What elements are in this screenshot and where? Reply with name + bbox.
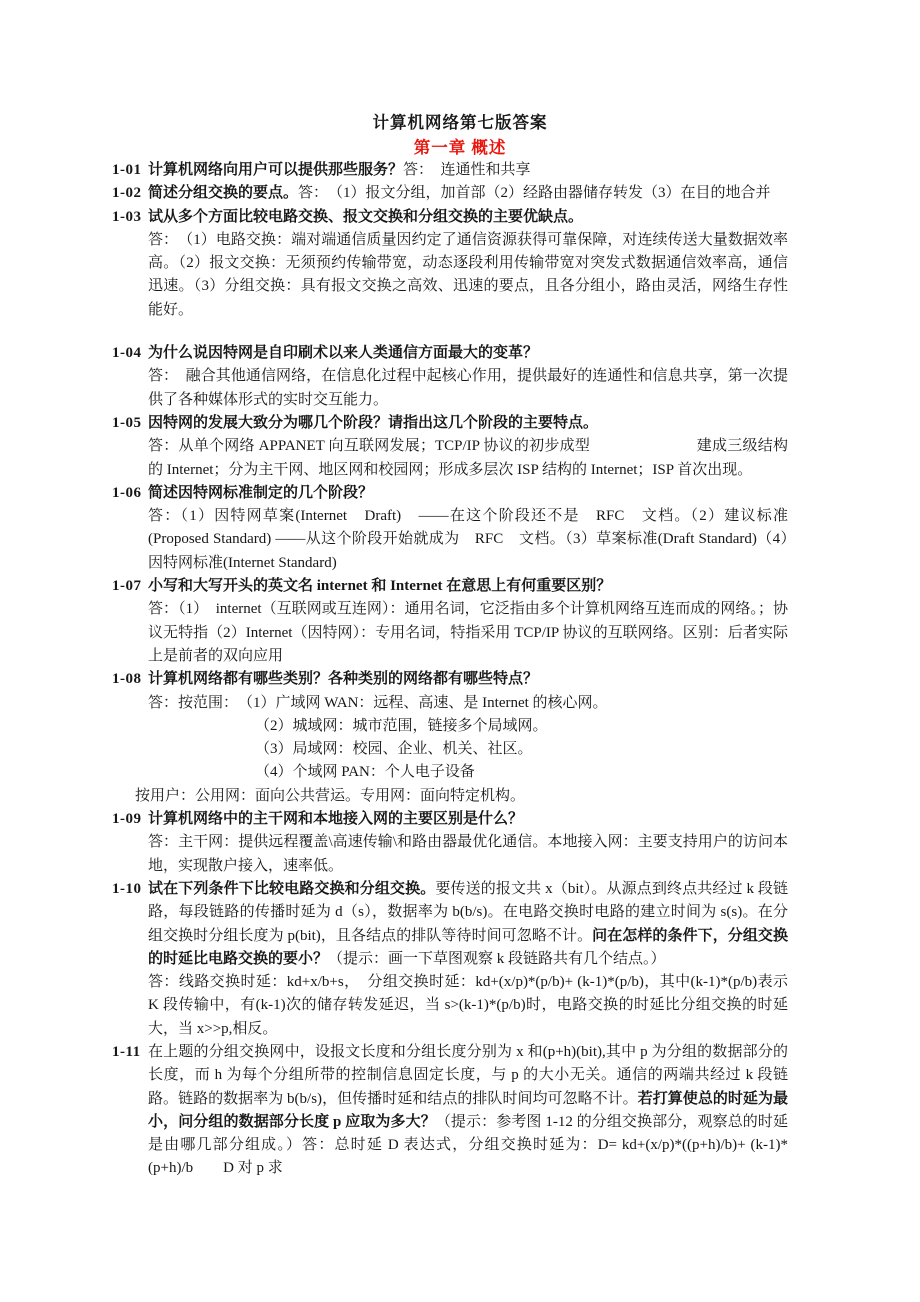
question-paragraph: 为什么说因特网是自印刷术以来人类通信方面最大的变革？ (148, 342, 788, 365)
qa-item: 1-08计算机网络都有哪些类别？各种类别的网络都有哪些特点？答：按范围： （1）… (112, 668, 788, 808)
answer-paragraph: （2）城域网：城市范围，链接多个局域网。 (148, 715, 788, 738)
question-paragraph: 因特网的发展大致分为哪几个阶段？请指出这几个阶段的主要特点。 (148, 412, 788, 435)
answer-paragraph: 答：从单个网络 APPANET 向互联网发展；TCP/IP 协议的初步成型 建成… (148, 435, 788, 482)
text-run: 答：线路交换时延：kd+x/b+s， 分组交换时延：kd+(x/p)*(p/b)… (148, 974, 788, 1037)
question-paragraph: 小写和大写开头的英文名 internet 和 Internet 在意思上有何重要… (148, 575, 788, 598)
question-number: 1-05 (112, 412, 142, 435)
answer-paragraph: （3）局域网：校园、企业、机关、社区。 (148, 738, 788, 761)
question-paragraph: 试在下列条件下比较电路交换和分组交换。要传送的报文共 x（bit）。从源点到终点… (148, 878, 788, 971)
answer-paragraph: 按用户：公用网：面向公共营运。专用网：面向特定机构。 (135, 785, 788, 808)
answer-paragraph: （4）个域网 PAN：个人电子设备 (148, 761, 788, 784)
bold-text-run: 试从多个方面比较电路交换、报文交换和分组交换的主要优缺点。 (148, 209, 583, 225)
question-number: 1-04 (112, 342, 142, 365)
bold-text-run: 计算机网络都有哪些类别？各种类别的网络都有哪些特点？ (148, 671, 538, 687)
question-number: 1-01 (112, 159, 142, 182)
question-paragraph: 试从多个方面比较电路交换、报文交换和分组交换的主要优缺点。 (148, 206, 788, 229)
question-number: 1-03 (112, 206, 142, 229)
qa-item: 1-09计算机网络中的主干网和本地接入网的主要区别是什么？答：主干网：提供远程覆… (112, 808, 788, 878)
question-number: 1-10 (112, 878, 142, 901)
question-number: 1-09 (112, 808, 142, 831)
question-number: 1-07 (112, 575, 142, 598)
text-run: 答： 连通性和共享 (403, 162, 531, 178)
answer-paragraph: 答：（1）因特网草案(Internet Draft) ——在这个阶段还不是 RF… (148, 505, 788, 575)
qa-item: 1-10试在下列条件下比较电路交换和分组交换。要传送的报文共 x（bit）。从源… (112, 878, 788, 1041)
bold-text-run: 简述因特网标准制定的几个阶段？ (148, 485, 373, 501)
question-number: 1-08 (112, 668, 142, 691)
answer-paragraph: 答：按范围： （1）广域网 WAN：远程、高速、是 Internet 的核心网。 (148, 692, 788, 715)
text-run: 答：从单个网络 APPANET 向互联网发展；TCP/IP 协议的初步成型 建成… (148, 438, 788, 477)
bold-text-run: 试在下列条件下比较电路交换和分组交换。 (148, 881, 435, 897)
document-header: 计算机网络第七版答案 第一章 概述 (0, 0, 920, 160)
question-paragraph: 计算机网络都有哪些类别？各种类别的网络都有哪些特点？ (148, 668, 788, 691)
qa-item: 1-04为什么说因特网是自印刷术以来人类通信方面最大的变革？答： 融合其他通信网… (112, 342, 788, 412)
text-run: （3）局域网：校园、企业、机关、社区。 (255, 741, 533, 757)
text-run: 答： （1）报文分组，加首部（2）经路由器储存转发（3）在目的地合并 (298, 185, 771, 201)
text-run: 答：（1） internet（互联网或互连网）：通用名词，它泛指由多个计算机网络… (148, 601, 788, 664)
question-paragraph: 简述分组交换的要点。答： （1）报文分组，加首部（2）经路由器储存转发（3）在目… (148, 182, 788, 205)
qa-item: 1-05因特网的发展大致分为哪几个阶段？请指出这几个阶段的主要特点。答：从单个网… (112, 412, 788, 482)
text-run: 答： 融合其他通信网络，在信息化过程中起核心作用，提供最好的连通性和信息共享，第… (148, 368, 788, 407)
text-run: 答：（1）因特网草案(Internet Draft) ——在这个阶段还不是 RF… (148, 508, 803, 571)
qa-item: 1-01计算机网络向用户可以提供那些服务？答： 连通性和共享 (112, 159, 788, 182)
text-run: （4）个域网 PAN：个人电子设备 (255, 764, 475, 780)
answer-paragraph: 答： 融合其他通信网络，在信息化过程中起核心作用，提供最好的连通性和信息共享，第… (148, 365, 788, 412)
question-paragraph: 简述因特网标准制定的几个阶段？ (148, 482, 788, 505)
question-number: 1-06 (112, 482, 142, 505)
question-paragraph: 计算机网络向用户可以提供那些服务？答： 连通性和共享 (148, 159, 788, 182)
bold-text-run: 为什么说因特网是自印刷术以来人类通信方面最大的变革？ (148, 345, 538, 361)
bold-text-run: 小写和大写开头的英文名 internet 和 Internet 在意思上有何重要… (148, 578, 611, 594)
qa-item: 1-11在上题的分组交换网中，设报文长度和分组长度分别为 x 和(p+h)(bi… (112, 1041, 788, 1181)
qa-item: 1-03试从多个方面比较电路交换、报文交换和分组交换的主要优缺点。答： （1）电… (112, 206, 788, 322)
question-paragraph: 在上题的分组交换网中，设报文长度和分组长度分别为 x 和(p+h)(bit),其… (148, 1041, 788, 1181)
chapter-heading: 第一章 概述 (0, 135, 920, 160)
bold-text-run: 因特网的发展大致分为哪几个阶段？请指出这几个阶段的主要特点。 (148, 415, 598, 431)
answer-paragraph: 答：（1） internet（互联网或互连网）：通用名词，它泛指由多个计算机网络… (148, 598, 788, 668)
text-run: 答：主干网：提供远程覆盖\高速传输\和路由器最优化通信。本地接入网：主要支持用户… (148, 834, 788, 873)
qa-item: 1-02简述分组交换的要点。答： （1）报文分组，加首部（2）经路由器储存转发（… (112, 182, 788, 205)
bold-text-run: 简述分组交换的要点。 (148, 185, 298, 201)
question-paragraph: 计算机网络中的主干网和本地接入网的主要区别是什么？ (148, 808, 788, 831)
document-page: 计算机网络第七版答案 第一章 概述 1-01计算机网络向用户可以提供那些服务？答… (0, 0, 920, 1302)
answer-paragraph: 答：主干网：提供远程覆盖\高速传输\和路由器最优化通信。本地接入网：主要支持用户… (148, 831, 788, 878)
qa-list: 1-01计算机网络向用户可以提供那些服务？答： 连通性和共享1-02简述分组交换… (112, 159, 788, 1181)
bold-text-run: 计算机网络向用户可以提供那些服务？ (148, 162, 403, 178)
text-run: （提示：画一下草图观察 k 段链路共有几个结点。） (328, 951, 666, 967)
answer-paragraph: 答：线路交换时延：kd+x/b+s， 分组交换时延：kd+(x/p)*(p/b)… (148, 971, 788, 1041)
answer-paragraph: 答： （1）电路交换：端对端通信质量因约定了通信资源获得可靠保障，对连续传送大量… (148, 229, 788, 322)
question-number: 1-02 (112, 182, 142, 205)
text-run: （2）城域网：城市范围，链接多个局域网。 (255, 718, 548, 734)
bold-text-run: 计算机网络中的主干网和本地接入网的主要区别是什么？ (148, 811, 523, 827)
text-run: 按用户：公用网：面向公共营运。专用网：面向特定机构。 (135, 788, 525, 804)
document-title: 计算机网络第七版答案 (0, 110, 920, 135)
question-number: 1-11 (112, 1041, 141, 1064)
qa-item: 1-07小写和大写开头的英文名 internet 和 Internet 在意思上… (112, 575, 788, 668)
qa-item: 1-06简述因特网标准制定的几个阶段？答：（1）因特网草案(Internet D… (112, 482, 788, 575)
text-run: 答：按范围： （1）广域网 WAN：远程、高速、是 Internet 的核心网。 (148, 695, 608, 711)
text-run: 答： （1）电路交换：端对端通信质量因约定了通信资源获得可靠保障，对连续传送大量… (148, 232, 788, 318)
